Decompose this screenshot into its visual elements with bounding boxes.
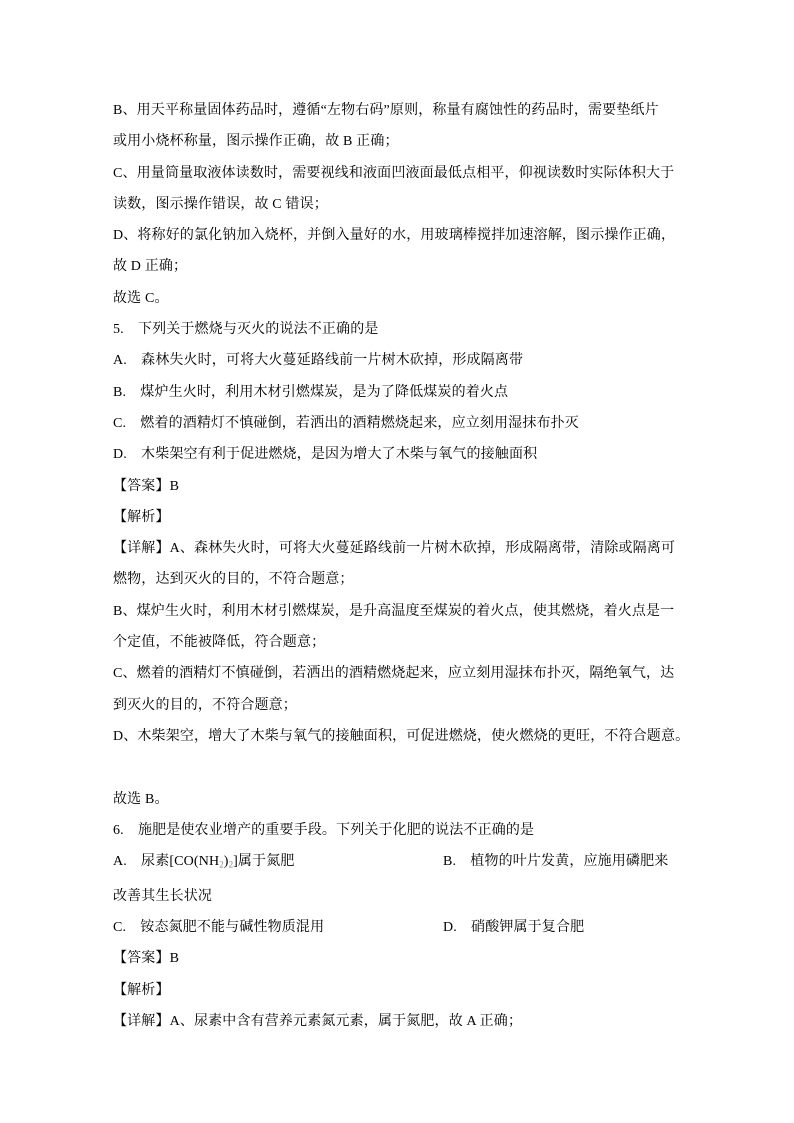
q5-detail-c-line2: 到灭火的目的，不符合题意；	[113, 690, 689, 721]
line-text: C、用量筒量取液体读数时，需要视线和液面凹液面最低点相平，仰视读数时实际体积大于	[113, 166, 674, 181]
q4-analysis-b-line1: B、用天平称量固体药品时，遵循“左物右码”原则，称量有腐蚀性的药品时，需要垫纸片	[113, 95, 689, 126]
line-text: C. 铵态氮肥不能与碱性物质混用	[113, 920, 324, 935]
blank-line	[113, 752, 689, 783]
line-text: A. 尿素[CO(NH2)2]属于氮肥	[113, 854, 295, 869]
line-text: 5. 下列关于燃烧与灭火的说法不正确的是	[113, 322, 379, 337]
line-text: D. 木柴架空有利于促进燃烧，是因为增大了木柴与氧气的接触面积	[113, 447, 537, 462]
q4-analysis-c-line2: 读数，图示操作错误，故 C 错误；	[113, 189, 689, 220]
q4-analysis-c-line1: C、用量筒量取液体读数时，需要视线和液面凹液面最低点相平，仰视读数时实际体积大于	[113, 158, 689, 189]
line-text: B、用天平称量固体药品时，遵循“左物右码”原则，称量有腐蚀性的药品时，需要垫纸片	[113, 103, 659, 118]
line-text: 燃物，达到灭火的目的，不符合题意；	[113, 572, 354, 587]
line-text: 【解析】	[113, 510, 170, 525]
q5-conclusion: 故选 B。	[113, 784, 689, 815]
document-page: B、用天平称量固体药品时，遵循“左物右码”原则，称量有腐蚀性的药品时，需要垫纸片…	[0, 0, 794, 1123]
q5-option-b: B. 煤炉生火时，利用木材引燃煤炭，是为了降低煤炭的着火点	[113, 377, 689, 408]
line-text: B. 煤炉生火时，利用木材引燃煤炭，是为了降低煤炭的着火点	[113, 385, 508, 400]
q4-analysis-b-line2: 或用小烧杯称量，图示操作正确，故 B 正确；	[113, 126, 689, 157]
text-block: B、用天平称量固体药品时，遵循“左物右码”原则，称量有腐蚀性的药品时，需要垫纸片…	[113, 95, 689, 1037]
q5-detail-c-line1: C、燃着的酒精灯不慎碰倒，若洒出的酒精燃烧起来，应立刻用湿抹布扑灭，隔绝氧气，达	[113, 658, 689, 689]
line-text-col2: D. 硝酸钾属于复合肥	[443, 912, 584, 943]
line-text: 读数，图示操作错误，故 C 错误；	[113, 197, 328, 212]
line-text: 【解析】	[113, 983, 170, 998]
q6-options-row-ab: A. 尿素[CO(NH2)2]属于氮肥B. 植物的叶片发黄，应施用磷肥来	[113, 846, 689, 881]
q6-stem: 6. 施肥是使农业增产的重要手段。下列关于化肥的说法不正确的是	[113, 815, 689, 846]
line-text: 故选 B。	[113, 792, 169, 807]
line-text: 故 D 正确；	[113, 259, 187, 274]
q5-option-c: C. 燃着的酒精灯不慎碰倒，若洒出的酒精燃烧起来，应立刻用湿抹布扑灭	[113, 408, 689, 439]
line-text: 个定值，不能被降低，符合题意；	[113, 635, 325, 650]
line-text: 或用小烧杯称量，图示操作正确，故 B 正确；	[113, 134, 399, 149]
subscript-digit: 2	[219, 859, 224, 869]
line-text: 【详解】A、森林失火时，可将大火蔓延路线前一片树木砍掉，形成隔离带，清除或隔离可	[113, 541, 675, 556]
line-text: 故选 C。	[113, 291, 169, 306]
line-text: 【详解】A、尿素中含有营养元素氮元素，属于氮肥，故 A 正确；	[113, 1014, 522, 1029]
q4-analysis-d-line2: 故 D 正确；	[113, 251, 689, 282]
line-text-col2: B. 植物的叶片发黄，应施用磷肥来	[443, 846, 668, 877]
q6-options-row-cd: C. 铵态氮肥不能与碱性物质混用D. 硝酸钾属于复合肥	[113, 912, 689, 943]
line-text: 到灭火的目的，不符合题意；	[113, 698, 297, 713]
line-text: C. 燃着的酒精灯不慎碰倒，若洒出的酒精燃烧起来，应立刻用湿抹布扑灭	[113, 416, 579, 431]
subscript-digit: 2	[229, 859, 234, 869]
line-text: D、将称好的氯化钠加入烧杯，并倒入量好的水，用玻璃棒搅拌加速溶解，图示操作正确，	[113, 228, 675, 243]
line-text: B、煤炉生火时，利用木材引燃煤炭，是升高温度至煤炭的着火点，使其燃烧，着火点是一	[113, 604, 674, 619]
line-text: D、木柴架空，增大了木柴与氧气的接触面积，可促进燃烧，使火燃烧的更旺，不符合题意…	[113, 729, 689, 744]
q5-detail-a-line2: 燃物，达到灭火的目的，不符合题意；	[113, 564, 689, 595]
q5-detail-a-line1: 【详解】A、森林失火时，可将大火蔓延路线前一片树木砍掉，形成隔离带，清除或隔离可	[113, 533, 689, 564]
q6-option-b-continued: 改善其生长状况	[113, 881, 689, 912]
q5-stem: 5. 下列关于燃烧与灭火的说法不正确的是	[113, 314, 689, 345]
q5-detail-b-line2: 个定值，不能被降低，符合题意；	[113, 627, 689, 658]
q5-detail-b-line1: B、煤炉生火时，利用木材引燃煤炭，是升高温度至煤炭的着火点，使其燃烧，着火点是一	[113, 596, 689, 627]
line-text: 改善其生长状况	[113, 889, 212, 904]
q6-analysis-label: 【解析】	[113, 975, 689, 1006]
q4-analysis-d-line1: D、将称好的氯化钠加入烧杯，并倒入量好的水，用玻璃棒搅拌加速溶解，图示操作正确，	[113, 220, 689, 251]
q5-option-a: A. 森林失火时，可将大火蔓延路线前一片树木砍掉，形成隔离带	[113, 345, 689, 376]
line-text: C、燃着的酒精灯不慎碰倒，若洒出的酒精燃烧起来，应立刻用湿抹布扑灭，隔绝氧气，达	[113, 666, 674, 681]
q5-option-d: D. 木柴架空有利于促进燃烧，是因为增大了木柴与氧气的接触面积	[113, 439, 689, 470]
line-text: 【答案】B	[113, 951, 179, 966]
q5-answer: 【答案】B	[113, 471, 689, 502]
line-text: A. 森林失火时，可将大火蔓延路线前一片树木砍掉，形成隔离带	[113, 353, 523, 368]
q5-detail-d: D、木柴架空，增大了木柴与氧气的接触面积，可促进燃烧，使火燃烧的更旺，不符合题意…	[113, 721, 689, 752]
q6-answer: 【答案】B	[113, 943, 689, 974]
q5-analysis-label: 【解析】	[113, 502, 689, 533]
line-text: 【答案】B	[113, 479, 179, 494]
q6-detail-a: 【详解】A、尿素中含有营养元素氮元素，属于氮肥，故 A 正确；	[113, 1006, 689, 1037]
line-text: 6. 施肥是使农业增产的重要手段。下列关于化肥的说法不正确的是	[113, 823, 534, 838]
q4-conclusion: 故选 C。	[113, 283, 689, 314]
